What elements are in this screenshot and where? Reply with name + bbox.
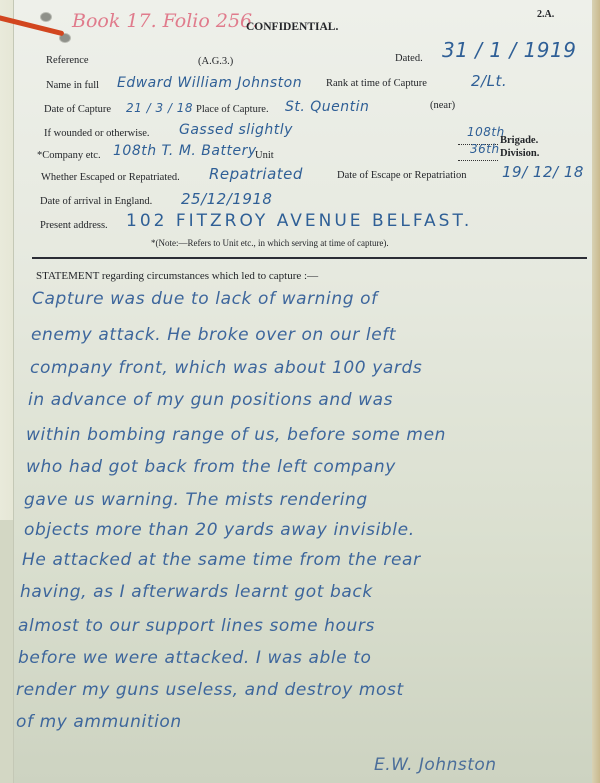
statement-line: gave us warning. The mists rendering: [24, 490, 368, 510]
statement-line: Capture was due to lack of warning of: [32, 289, 378, 309]
wounded-label: If wounded or otherwise.: [44, 128, 150, 139]
statement-line: of my ammunition: [16, 712, 182, 732]
statement-line: company front, which was about 100 yards: [30, 358, 422, 378]
statement-line: within bombing range of us, before some …: [26, 425, 446, 445]
punch-hole: [40, 12, 52, 22]
page-edge: [592, 0, 600, 783]
division-value: 36th: [470, 142, 500, 156]
date-of-escape-value: 19/ 12/ 18: [502, 163, 584, 181]
rank-value: 2/Lt.: [471, 72, 507, 90]
dated-value: 31 / 1 / 1919: [442, 38, 576, 62]
division-dotted-line: [458, 160, 498, 161]
statement-line: who had got back from the left company: [26, 457, 396, 477]
place-of-capture-suffix: (near): [430, 100, 455, 111]
place-of-capture-label: Place of Capture.: [196, 104, 269, 115]
name-value: Edward William Johnston: [117, 75, 302, 91]
name-label: Name in full: [46, 80, 99, 91]
rank-label: Rank at time of Capture: [326, 78, 427, 89]
signature: E.W. Johnston: [374, 755, 497, 775]
company-unit-suffix: Unit: [255, 150, 274, 161]
division-label: Division.: [500, 148, 539, 159]
statement-heading: STATEMENT regarding circumstances which …: [36, 270, 318, 282]
form-page: Book 17. Folio 256. CONFIDENTIAL. 2.A. R…: [14, 0, 600, 783]
escaped-or-repatriated-label: Whether Escaped or Repatriated.: [41, 172, 180, 183]
form-number: 2.A.: [537, 9, 554, 20]
statement-line: objects more than 20 yards away invisibl…: [24, 520, 415, 540]
section-divider: [32, 257, 587, 259]
statement-line: He attacked at the same time from the re…: [22, 550, 421, 570]
reference-label: Reference: [46, 55, 89, 66]
address-label: Present address.: [40, 220, 108, 231]
wounded-value: Gassed slightly: [179, 122, 293, 138]
escaped-or-repatriated-value: Repatriated: [209, 165, 303, 183]
dated-label: Dated.: [395, 53, 423, 64]
company-value: 108th T. M. Battery: [113, 143, 257, 159]
date-of-capture-label: Date of Capture: [44, 104, 111, 115]
reference-value: (A.G.3.): [198, 56, 233, 67]
arrival-england-label: Date of arrival in England.: [40, 196, 152, 207]
arrival-england-value: 25/12/1918: [181, 190, 272, 208]
note-text: *(Note:—Refers to Unit etc., in which se…: [151, 238, 389, 248]
company-label: *Company etc.: [37, 150, 101, 161]
statement-line: in advance of my gun positions and was: [28, 390, 393, 410]
date-of-capture-value: 21 / 3 / 18: [126, 101, 193, 115]
address-value: 102 FITZROY AVENUE BELFAST.: [126, 211, 472, 231]
statement-line: almost to our support lines some hours: [18, 616, 375, 636]
statement-line: having, as I afterwards learnt got back: [20, 582, 373, 602]
statement-line: enemy attack. He broke over on our left: [31, 325, 396, 345]
brigade-label: Brigade.: [500, 135, 538, 146]
catalogue-reference: Book 17. Folio 256.: [72, 10, 258, 32]
place-of-capture-value: St. Quentin: [285, 99, 369, 115]
date-of-escape-label: Date of Escape or Repatriation: [337, 170, 466, 181]
statement-line: render my guns useless, and destroy most: [16, 680, 404, 700]
classification-heading: CONFIDENTIAL.: [246, 21, 338, 33]
statement-line: before we were attacked. I was able to: [18, 648, 372, 668]
